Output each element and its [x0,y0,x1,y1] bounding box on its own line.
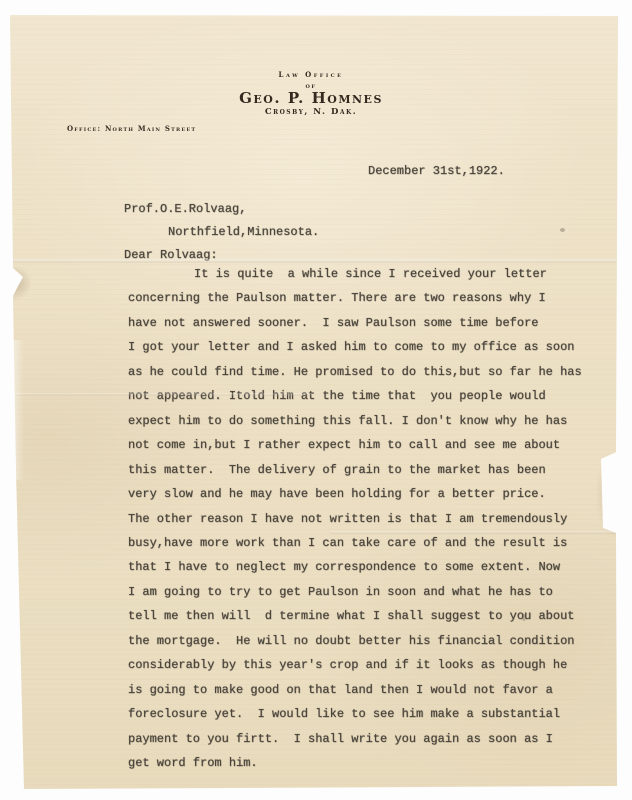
letterhead-name: Geo. P. Homnes [0,89,622,107]
letter-page: Law Office of Geo. P. Homnes Crosby, N. … [0,0,632,800]
right-edge-notch [596,452,618,538]
letterhead-office-type: Law Office [0,70,622,79]
date-line: December 31st,1922. [368,164,505,178]
recipient-city: Northfield,Minnesota. [168,225,319,239]
recipient-name: Prof.O.E.Rolvaag, [124,202,246,216]
letterhead-city: Crosby, N. Dak. [0,107,622,117]
left-edge-tear [13,266,31,300]
smudge-mark [560,228,565,232]
edge-scuff [13,340,27,480]
salutation: Dear Rolvaag: [124,248,218,262]
letterhead-address-note: Office: North Main Street [67,124,196,133]
letter-body: It is quite a while since I received you… [128,262,598,776]
